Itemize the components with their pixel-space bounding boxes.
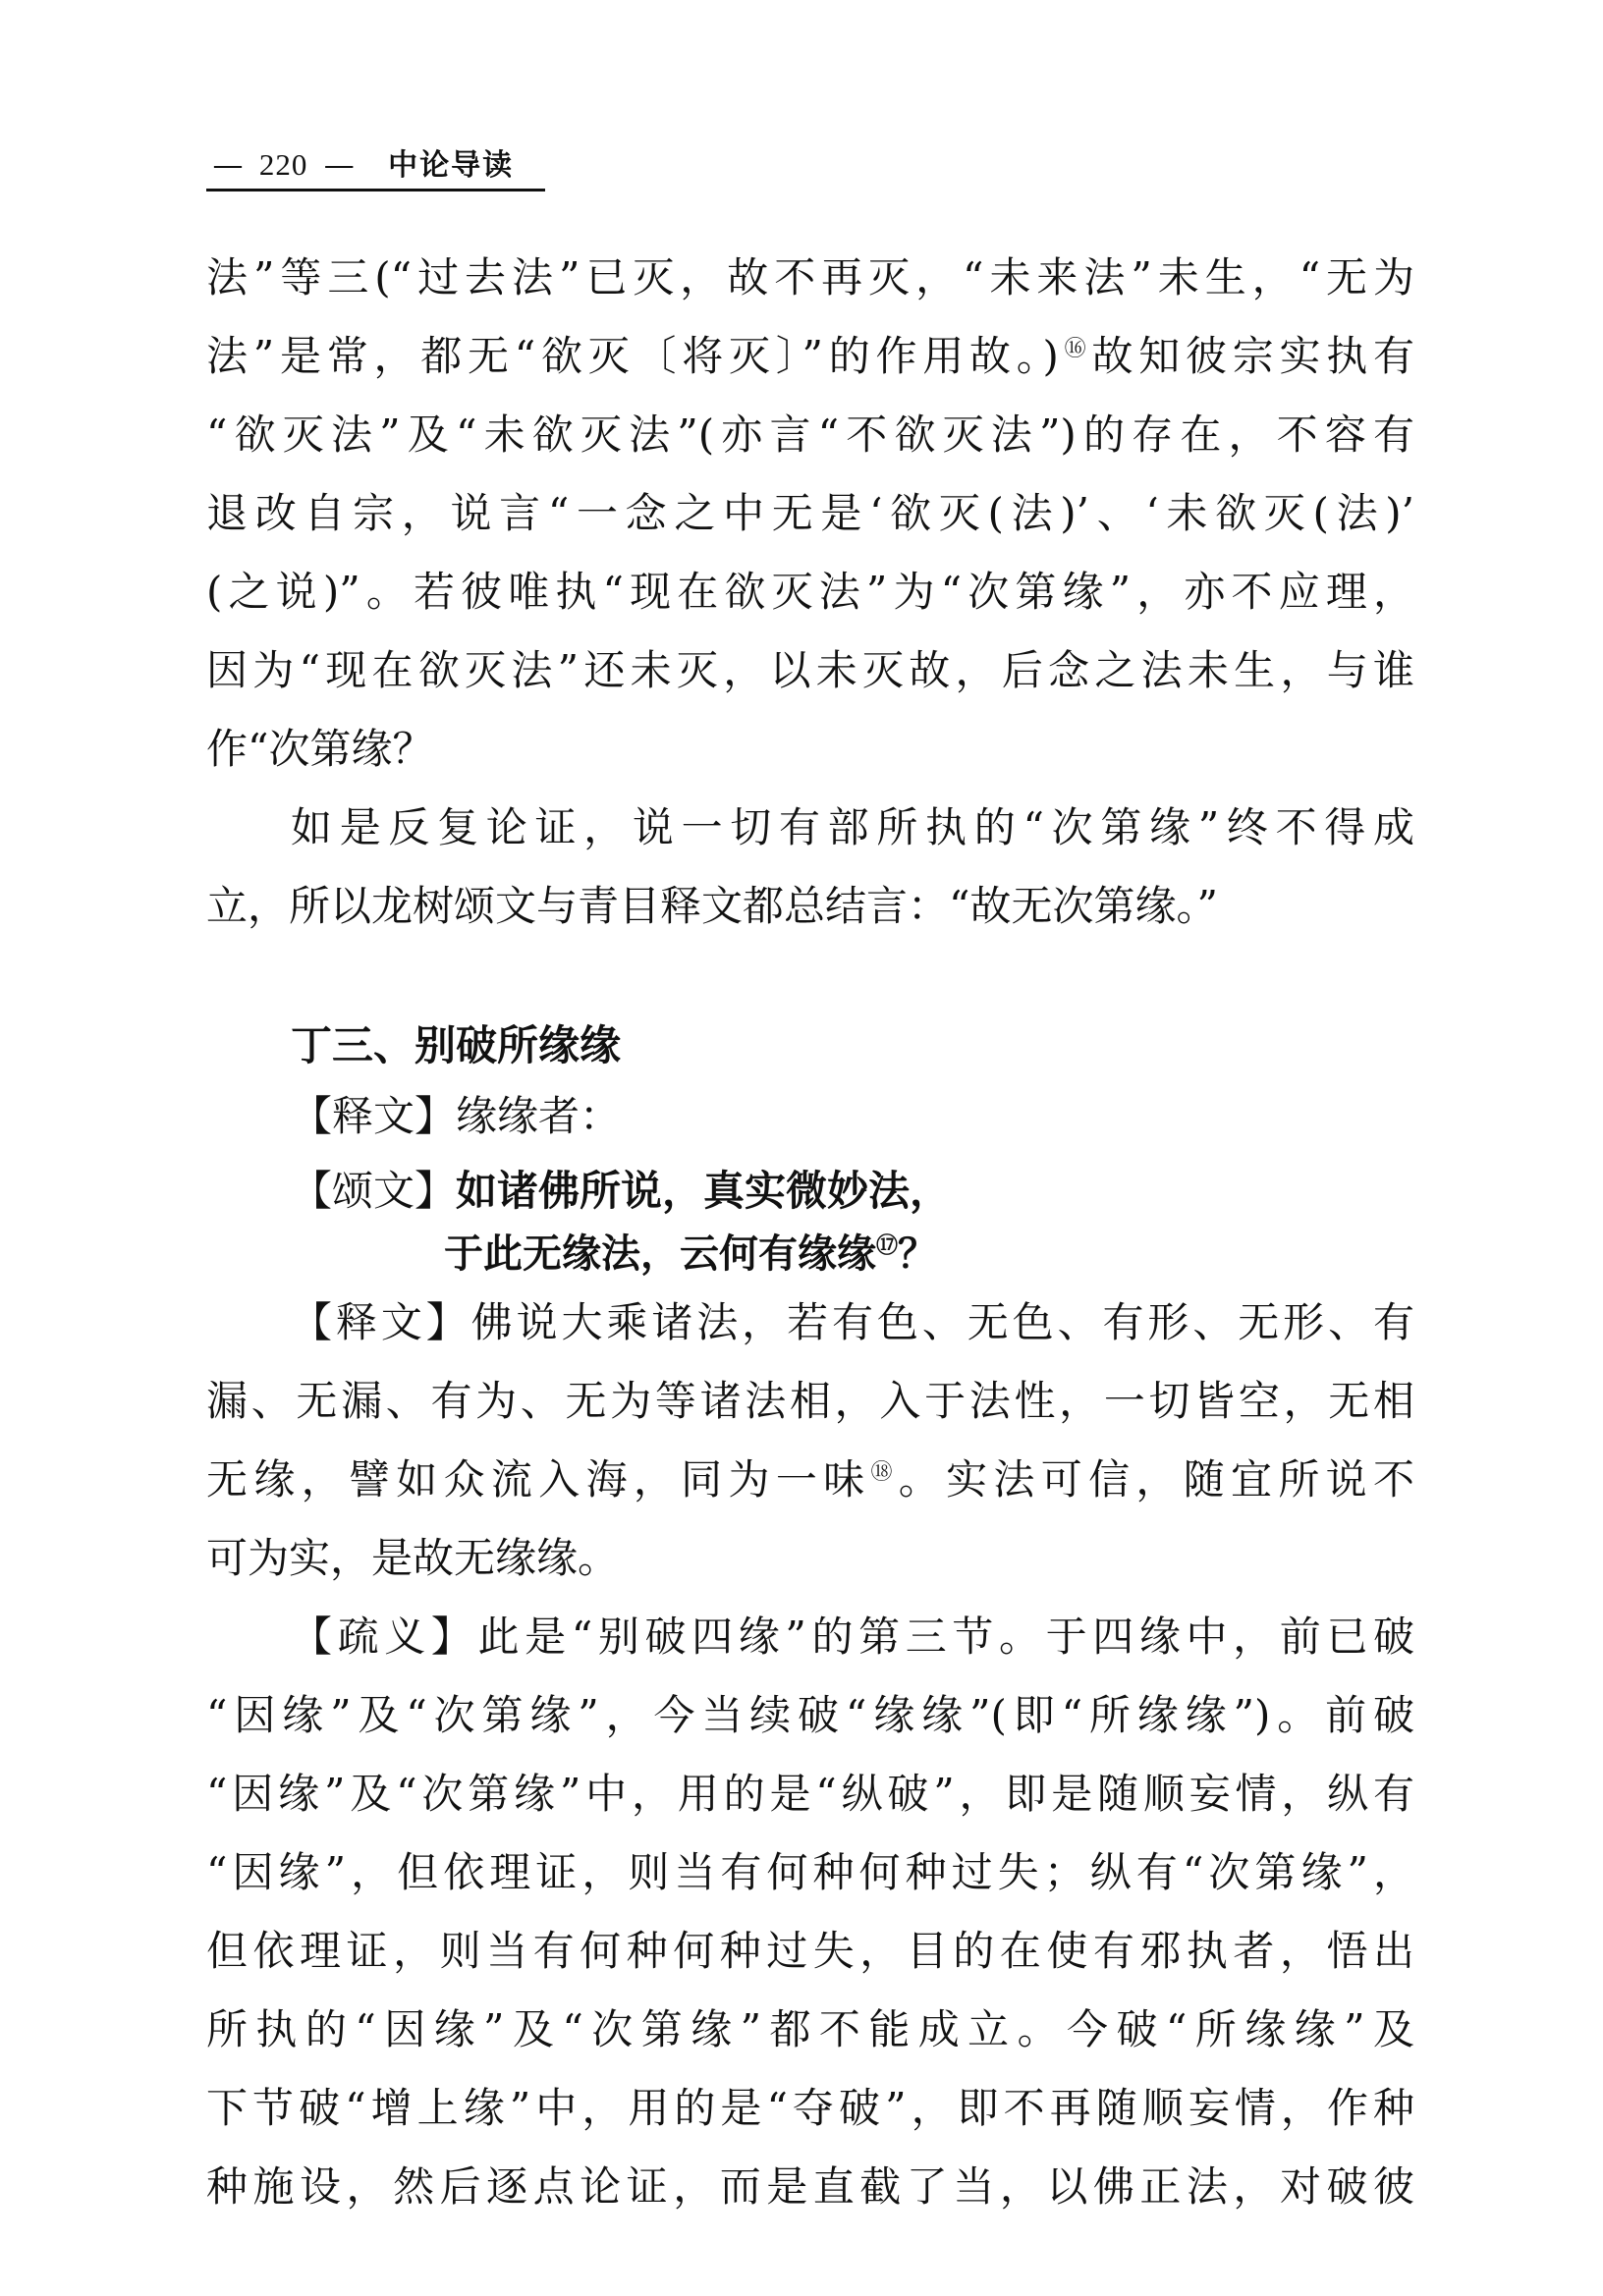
verse-end: ？: [898, 1231, 937, 1277]
text-line: 下节破“增上缘”中，用的是“夺破”，即不再随顺妄情，作种: [206, 2084, 1414, 2133]
text-line: 所执的“因缘”及“次第缘”都不能成立。今破“所缘缘”及: [206, 2005, 1414, 2054]
text-segment: 无缘，譬如众流入海，同为一味: [206, 1455, 870, 1503]
text-line: 退改自宗，说言“一念之中无是‘欲灭(法)’、‘未欲灭(法)’: [206, 489, 1414, 538]
section-heading: 丁三、别破所缘缘: [291, 1021, 621, 1070]
text-line: 因为“现在欲灭法”还未灭，以未灭故，后念之法未生，与谁: [206, 646, 1414, 695]
footnote-marker-76[interactable]: ⑯: [1059, 337, 1092, 361]
shiwen-label: 【释文】: [291, 1298, 471, 1346]
shiwen-line: 【释文】缘缘者：: [291, 1092, 621, 1141]
text-line: 【释文】佛说大乘诸法，若有色、无色、有形、无形、有: [206, 1298, 1414, 1347]
text-line: 【疏义】此是“别破四缘”的第三节。于四缘中，前已破: [206, 1613, 1414, 1662]
text-line: 漏、无漏、有为、无为等诸法相，入于法性，一切皆空，无相: [206, 1377, 1414, 1426]
page-number-dash-right: —: [317, 145, 360, 185]
text-line: 但依理证，则当有何种何种过失，目的在使有邪执者，悟出: [206, 1927, 1414, 1976]
page-number: 220: [259, 147, 308, 182]
text-segment: 故知彼宗实执有: [1091, 332, 1414, 380]
text-segment: 。实法可信，随宜所说不: [899, 1455, 1414, 1503]
text-segment: 此是“别破四缘”的第三节。于四缘中，前已破: [478, 1613, 1414, 1661]
shuyi-label: 【疏义】: [291, 1613, 478, 1661]
text-line: 法”等三(“过去法”已灭，故不再灭，“未来法”未生，“无为: [206, 253, 1414, 302]
text-segment: 佛说大乘诸法，若有色、无色、有形、无形、有: [471, 1298, 1414, 1346]
songwen-label: 【颂文】: [291, 1167, 456, 1215]
text-line: “因缘”及“次第缘”，今当续破“缘缘”(即“所缘缘”)。前破: [206, 1691, 1414, 1740]
page-number-dash-left: —: [206, 145, 249, 185]
shiwen-label: 【释文】: [291, 1092, 456, 1140]
text-line: “因缘”，但依理证，则当有何种何种过失；纵有“次第缘”，: [206, 1848, 1414, 1897]
text-line: 无缘，譬如众流入海，同为一味⑱。实法可信，随宜所说不: [206, 1455, 1414, 1504]
verse-line-2: 于此无缘法，云何有缘缘⑰？: [444, 1230, 937, 1279]
text-line: 如是反复论证，说一切有部所执的“次第缘”终不得成: [206, 803, 1414, 852]
text-line: “欲灭法”及“未欲灭法”(亦言“不欲灭法”)的存在，不容有: [206, 410, 1414, 460]
text-line: (之说)”。若彼唯执“现在欲灭法”为“次第缘”，亦不应理，: [206, 568, 1414, 617]
text-segment: 法”是常，都无“欲灭〔将灭〕”的作用故。): [206, 332, 1059, 380]
text-line: “因缘”及“次第缘”中，用的是“纵破”，即是随顺妄情，纵有: [206, 1770, 1414, 1819]
text-line: 作“次第缘？: [206, 725, 1414, 774]
text-line: 立，所以龙树颂文与青目释文都总结言：“故无次第缘。”: [206, 882, 1414, 931]
book-title: 中论导读: [388, 148, 514, 183]
text-line: 法”是常，都无“欲灭〔将灭〕”的作用故。)⑯故知彼宗实执有: [206, 332, 1414, 381]
verse-text: 于此无缘法，云何有缘缘: [444, 1231, 876, 1277]
footnote-marker-77[interactable]: ⑰: [876, 1234, 898, 1259]
running-head: — 220 — 中论导读: [206, 145, 545, 191]
songwen-line: 【颂文】如诸佛所说，真实微妙法，: [291, 1167, 951, 1216]
verse-line-1: 如诸佛所说，真实微妙法，: [456, 1167, 951, 1215]
footnote-marker-78[interactable]: ⑱: [870, 1460, 898, 1485]
text-line: 种施设，然后逐点论证，而是直截了当，以佛正法，对破彼: [206, 2162, 1414, 2212]
text-line: 可为实，是故无缘缘。: [206, 1534, 1414, 1583]
shiwen-text: 缘缘者：: [456, 1092, 621, 1140]
